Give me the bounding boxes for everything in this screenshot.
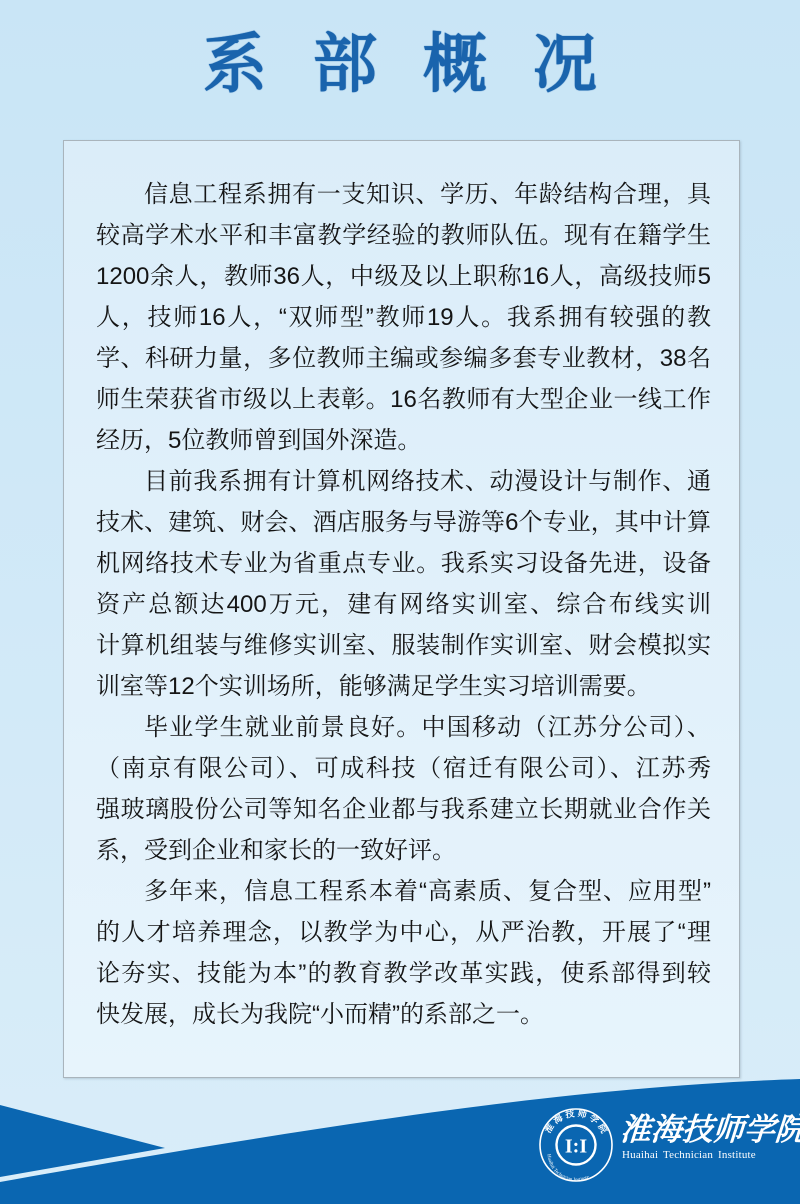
text-line: 1200余人，教师36人，中级及以上职称16人，高级技师5 — [96, 256, 711, 297]
seal-ring-bottom-text: Huaihai Technician Institute — [546, 1154, 591, 1183]
text-line: 较高学术水平和丰富教学经验的教师队伍。现有在籍学生 — [96, 215, 711, 256]
text-line: 信息工程系拥有一支知识、学历、年龄结构合理，具有 — [96, 174, 711, 215]
text-line: 人，技师16人，“双师型”教师19人。我系拥有较强的教 — [96, 297, 711, 338]
text-line: 机网络技术专业为省重点专业。我系实习设备先进，设备 — [96, 543, 711, 584]
svg-text:淮海技师学院: 淮海技师学院 — [542, 1107, 612, 1137]
content-panel: 信息工程系拥有一支知识、学历、年龄结构合理，具有较高学术水平和丰富教学经验的教师… — [63, 140, 740, 1078]
text-line: 资产总额达400万元，建有网络实训室、综合布线实训室、 — [96, 584, 711, 625]
svg-text:Huaihai Technician Institute: Huaihai Technician Institute — [546, 1154, 591, 1183]
text-line: 技术、建筑、财会、酒店服务与导游等6个专业，其中计算 — [96, 502, 711, 543]
text-line: 的人才培养理念，以教学为中心，从严治教，开展了“理 — [96, 912, 711, 953]
text-line: 训室等12个实训场所，能够满足学生实习培训需要。 — [96, 666, 711, 707]
text-line: 经历，5位教师曾到国外深造。 — [96, 420, 711, 461]
text-line: 多年来，信息工程系本着“高素质、复合型、应用型” — [96, 871, 711, 912]
text-line: 目前我系拥有计算机网络技术、动漫设计与制作、通信 — [96, 461, 711, 502]
poster: 系部概况 信息工程系拥有一支知识、学历、年龄结构合理，具有较高学术水平和丰富教学… — [0, 0, 800, 1204]
text-line: （南京有限公司）、可成科技（宿迁有限公司）、江苏秀 — [96, 748, 711, 789]
text-line: 师生荣获省市级以上表彰。16名教师有大型企业一线工作 — [96, 379, 711, 420]
text-line: 系，受到企业和家长的一致好评。 — [96, 830, 711, 871]
school-name-chinese: 淮海技师学院 — [619, 1112, 800, 1148]
text-line: 计算机组装与维修实训室、服装制作实训室、财会模拟实 — [96, 625, 711, 666]
seal-monogram: I:I — [565, 1136, 587, 1158]
school-name-english: Huaihai Technician Institute — [622, 1149, 792, 1161]
body-text: 信息工程系拥有一支知识、学历、年龄结构合理，具有较高学术水平和丰富教学经验的教师… — [96, 174, 711, 1035]
school-seal-icon: I:I 淮海技师学院 Huaihai Technician Institute — [540, 1107, 612, 1183]
text-line: 快发展，成长为我院“小而精”的系部之一。 — [96, 994, 711, 1035]
seal-ring-top-text: 淮海技师学院 — [542, 1107, 612, 1137]
page-title: 系部概况 — [203, 28, 643, 100]
text-line: 学、科研力量，多位教师主编或参编多套专业教材，38名 — [96, 338, 711, 379]
footer-wedge-shape — [0, 1105, 165, 1177]
text-line: 强玻璃股份公司等知名企业都与我系建立长期就业合作关 — [96, 789, 711, 830]
text-line: 毕业学生就业前景良好。中国移动（江苏分公司）、LG — [96, 707, 711, 748]
text-line: 论夯实、技能为本”的教育教学改革实践，使系部得到较 — [96, 953, 711, 994]
page-title-row: 系部概况 — [0, 28, 800, 100]
